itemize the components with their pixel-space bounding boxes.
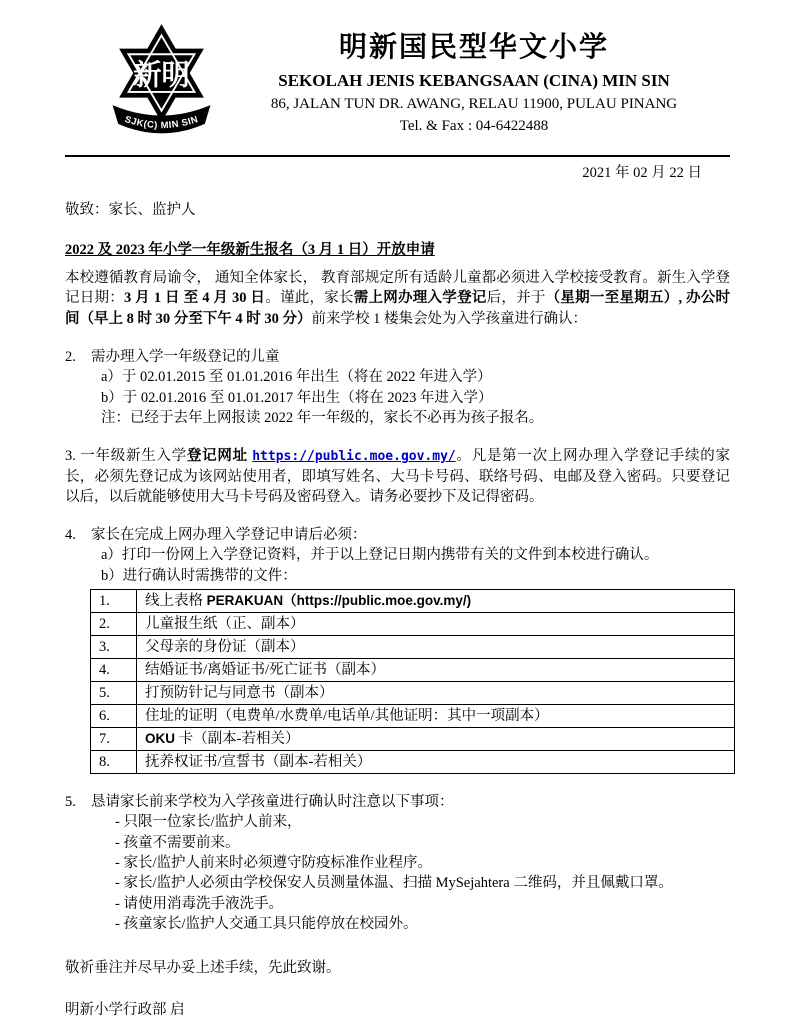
table-row: 2. 儿童报生纸（正、副本） <box>91 613 735 636</box>
row-text: 父母亲的身份证（副本） <box>137 636 735 659</box>
school-name-malay: SEKOLAH JENIS KEBANGSAAN (CINA) MIN SIN <box>218 69 730 93</box>
item-5-heading: 5.恳请家长前来学校为入学孩童进行确认时注意以下事项： <box>65 792 730 812</box>
documents-table: 1. 线上表格 PERAKUAN（https://public.moe.gov.… <box>90 589 735 774</box>
row-number: 5. <box>91 682 137 705</box>
row-text: 打预防针记与同意书（副本） <box>137 682 735 705</box>
school-crest-icon: 新明 SJK(C) MIN SIN <box>105 24 218 147</box>
item-2: 2.需办理入学一年级登记的儿童 a）于 02.01.2015 至 01.01.2… <box>65 347 730 428</box>
item-4-number: 4. <box>65 525 91 545</box>
row-number: 2. <box>91 613 137 636</box>
header-divider <box>65 155 730 157</box>
item-3-label-bold: 登记网址 <box>187 448 252 464</box>
table-row: 3. 父母亲的身份证（副本） <box>91 636 735 659</box>
row-number: 4. <box>91 659 137 682</box>
list-item: - 孩童不需要前来。 <box>115 833 730 853</box>
signature-line: 明新小学行政部 启 <box>65 1000 730 1020</box>
table-row: 6. 住址的证明（电费单/水费单/电话单/其他证明：其中一项副本） <box>91 705 735 728</box>
item-5-number: 5. <box>65 792 91 812</box>
letter-header: 新明 SJK(C) MIN SIN 明新国民型华文小学 SEKOLAH JENI… <box>65 24 730 147</box>
item-2-note: 注：已经于去年上网报读 2022 年一年级的，家长不必再为孩子报名。 <box>101 408 730 428</box>
table-row: 5. 打预防针记与同意书（副本） <box>91 682 735 705</box>
row-text: OKU 卡（副本-若相关） <box>137 728 735 751</box>
intro-dates-bold: 3 月 1 日 至 4 月 30 日 <box>124 290 265 306</box>
closing-line: 敬祈垂注并尽早办妥上述手续，先此致谢。 <box>65 958 730 978</box>
table-row: 4. 结婚证书/离婚证书/死亡证书（副本） <box>91 659 735 682</box>
item-4: 4.家长在完成上网办理入学登记申请后必须： a）打印一份网上入学登记资料，并于以… <box>65 525 730 774</box>
greeting-line: 敬致：家长、监护人 <box>65 200 730 220</box>
subject-heading: 2022 及 2023 年小学一年级新生报名（3 月 1 日）开放申请 <box>65 240 730 260</box>
item-2-number: 2. <box>65 347 91 367</box>
row-text: 抚养权证书/宣誓书（副本-若相关） <box>137 751 735 774</box>
school-header-text: 明新国民型华文小学 SEKOLAH JENIS KEBANGSAAN (CINA… <box>218 24 730 137</box>
item-4-line-a: a）打印一份网上入学登记资料，并于以上登记日期内携带有关的文件到本校进行确认。 <box>101 545 730 565</box>
list-item: - 家长/监护人必须由学校保安人员测量体温、扫描 MySejahtera 二维码… <box>115 873 730 893</box>
row-number: 3. <box>91 636 137 659</box>
school-telephone: Tel. & Fax : 04-6422488 <box>218 116 730 137</box>
registration-url-link[interactable]: https://public.moe.gov.my/ <box>252 449 456 464</box>
list-item: - 家长/监护人前来时必须遵守防疫标准作业程序。 <box>115 853 730 873</box>
table-row: 7. OKU 卡（副本-若相关） <box>91 728 735 751</box>
letter-date: 2021 年 02 月 22 日 <box>65 163 730 183</box>
letter-page: 新明 SJK(C) MIN SIN 明新国民型华文小学 SEKOLAH JENI… <box>0 0 791 1023</box>
item-2-heading: 2.需办理入学一年级登记的儿童 <box>65 347 730 367</box>
row-text: 线上表格 PERAKUAN（https://public.moe.gov.my/… <box>137 590 735 613</box>
row-number: 1. <box>91 590 137 613</box>
row-number: 6. <box>91 705 137 728</box>
intro-online-bold: 需上网办理入学登记 <box>354 290 487 306</box>
star-crest-icon: 新明 SJK(C) MIN SIN <box>105 24 218 141</box>
school-address: 86, JALAN TUN DR. AWANG, RELAU 11900, PU… <box>218 94 730 115</box>
row-number: 7. <box>91 728 137 751</box>
list-item: - 只限一位家长/监护人前来， <box>115 812 730 832</box>
table-row: 1. 线上表格 PERAKUAN（https://public.moe.gov.… <box>91 590 735 613</box>
row-text: 住址的证明（电费单/水费单/电话单/其他证明：其中一项副本） <box>137 705 735 728</box>
item-2-line-a: a）于 02.01.2015 至 01.01.2016 年出生（将在 2022 … <box>101 367 730 387</box>
intro-paragraph: 本校遵循教育局谕令， 通知全体家长， 教育部规定所有适龄儿童都必须进入学校接受教… <box>65 268 730 329</box>
item-3-paragraph: 3. 一年级新生入学登记网址 https://public.moe.gov.my… <box>65 446 730 507</box>
list-item: - 孩童家长/监护人交通工具只能停放在校园外。 <box>115 914 730 934</box>
item-4-line-b: b）进行确认时需携带的文件： <box>101 566 730 586</box>
row-text: 儿童报生纸（正、副本） <box>137 613 735 636</box>
item-2-line-b: b）于 02.01.2016 至 01.01.2017 年出生（将在 2023 … <box>101 388 730 408</box>
item-5: 5.恳请家长前来学校为入学孩童进行确认时注意以下事项： - 只限一位家长/监护人… <box>65 792 730 934</box>
school-name-chinese: 明新国民型华文小学 <box>218 30 730 64</box>
crest-characters: 新明 <box>133 58 190 90</box>
list-item: - 请使用消毒洗手液洗手。 <box>115 894 730 914</box>
row-number: 8. <box>91 751 137 774</box>
table-row: 8. 抚养权证书/宣誓书（副本-若相关） <box>91 751 735 774</box>
item-4-heading: 4.家长在完成上网办理入学登记申请后必须： <box>65 525 730 545</box>
row-text: 结婚证书/离婚证书/死亡证书（副本） <box>137 659 735 682</box>
